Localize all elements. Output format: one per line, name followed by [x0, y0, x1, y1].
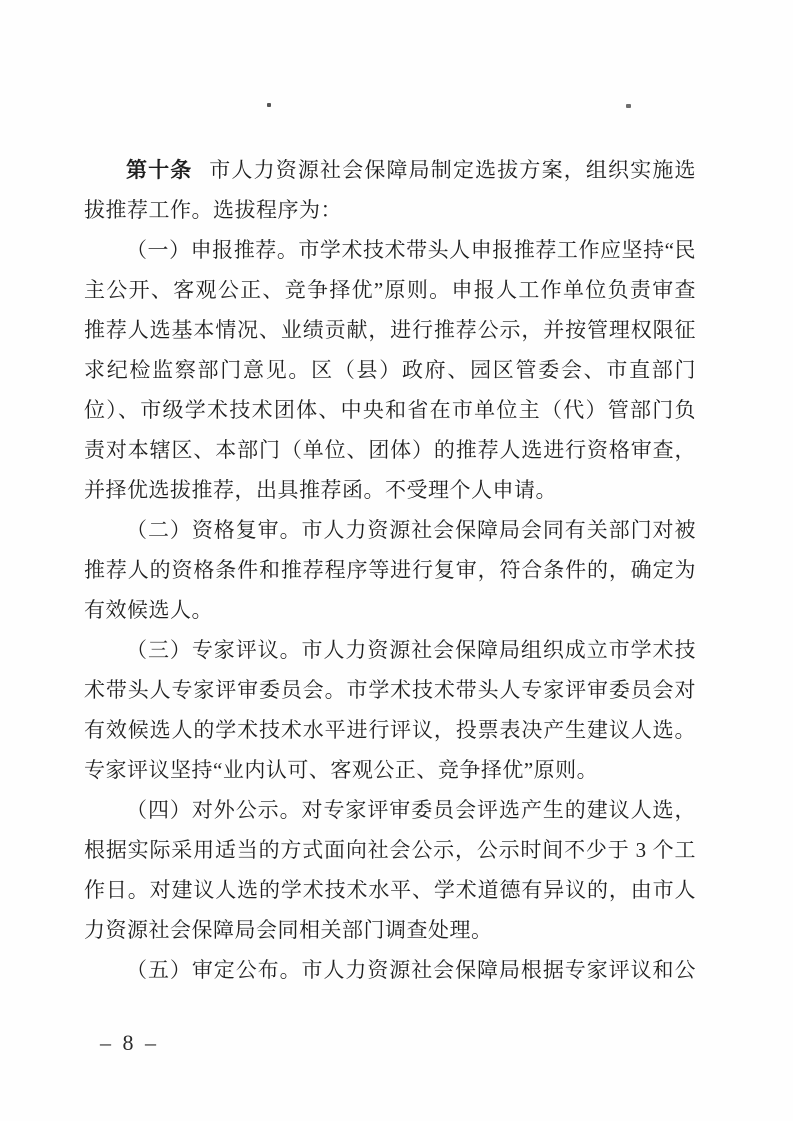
text-line: 主公开、客观公正、竞争择优”原则。申报人工作单位负责审查	[84, 270, 696, 310]
text-line: 根据实际采用适当的方式面向社会公示，公示时间不少于 3 个工	[84, 830, 696, 870]
page-number: – 8 –	[100, 1030, 159, 1056]
text-line: 拔推荐工作。选拔程序为：	[84, 190, 696, 230]
text-line: 有效候选人的学术技术水平进行评议，投票表决产生建议人选。	[84, 710, 696, 750]
text-line: 作日。对建议人选的学术技术水平、学术道德有异议的，由市人	[84, 870, 696, 910]
scan-speck	[626, 104, 631, 108]
text-line: 位）、市级学术技术团体、中央和省在市单位主（代）管部门负	[84, 390, 696, 430]
scan-speck	[267, 103, 271, 107]
document-body: 第十条市人力资源社会保障局制定选拔方案，组织实施选 拔推荐工作。选拔程序为： （…	[84, 150, 696, 990]
text-line: 求纪检监察部门意见。区（县）政府、园区管委会、市直部门（单	[84, 350, 696, 390]
text-line: 术带头人专家评审委员会。市学术技术带头人专家评审委员会对	[84, 670, 696, 710]
document-page: 第十条市人力资源社会保障局制定选拔方案，组织实施选 拔推荐工作。选拔程序为： （…	[0, 0, 793, 1121]
article-number: 第十条	[126, 158, 192, 182]
text-line: （四）对外公示。对专家评审委员会评选产生的建议人选，	[84, 790, 696, 830]
text-line: 专家评议坚持“业内认可、客观公正、竞争择优”原则。	[84, 750, 696, 790]
text-line: 推荐人的资格条件和推荐程序等进行复审，符合条件的，确定为	[84, 550, 696, 590]
text-line: 并择优选拔推荐，出具推荐函。不受理个人申请。	[84, 470, 696, 510]
text-line: （五）审定公布。市人力资源社会保障局根据专家评议和公	[84, 950, 696, 990]
text-line: 责对本辖区、本部门（单位、团体）的推荐人选进行资格审查，	[84, 430, 696, 470]
text-line: （三）专家评议。市人力资源社会保障局组织成立市学术技	[84, 630, 696, 670]
text-line: （一）申报推荐。市学术技术带头人申报推荐工作应坚持“民	[84, 230, 696, 270]
text-line: 有效候选人。	[84, 590, 696, 630]
text-line: 第十条市人力资源社会保障局制定选拔方案，组织实施选	[84, 150, 696, 190]
text-line: 力资源社会保障局会同相关部门调查处理。	[84, 910, 696, 950]
article-lead-text: 市人力资源社会保障局制定选拔方案，组织实施选	[209, 158, 696, 182]
text-line: （二）资格复审。市人力资源社会保障局会同有关部门对被	[84, 510, 696, 550]
text-line: 推荐人选基本情况、业绩贡献，进行推荐公示，并按管理权限征	[84, 310, 696, 350]
